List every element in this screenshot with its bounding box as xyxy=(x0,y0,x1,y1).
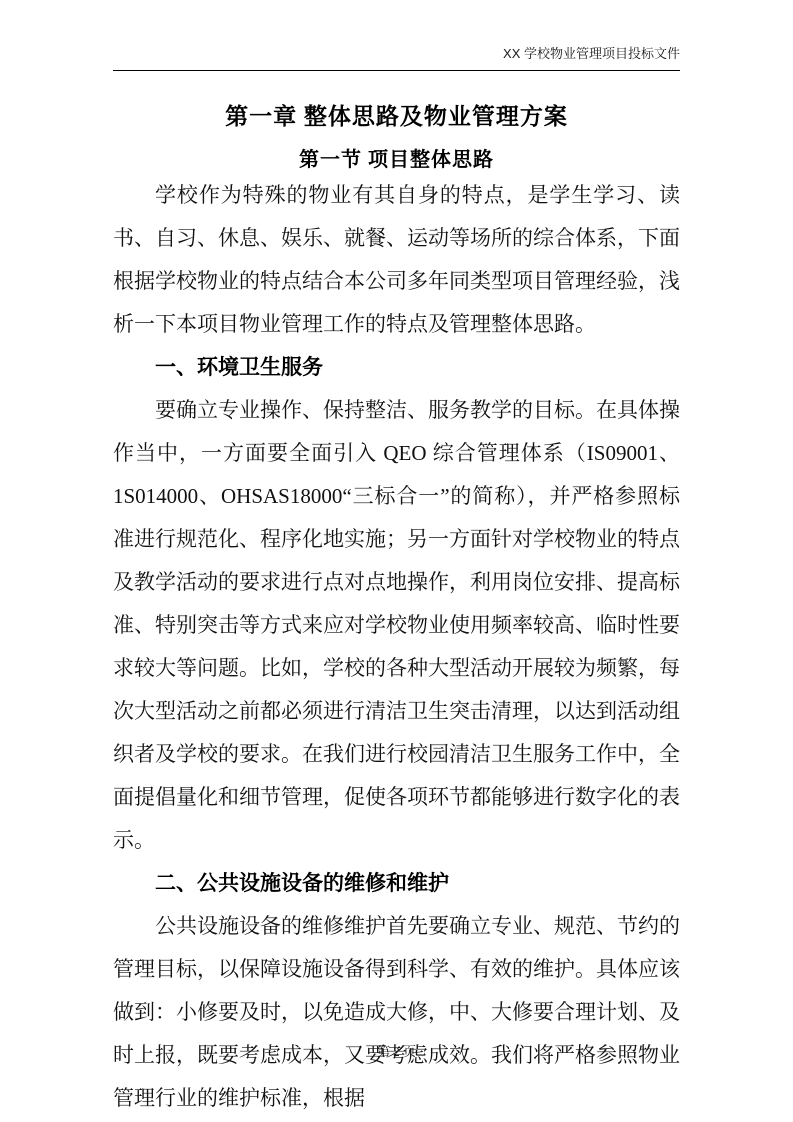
document-page: XX 学校物业管理项目投标文件 第一章 整体思路及物业管理方案 第一节 项目整体… xyxy=(0,0,793,1122)
paragraph-facilities-maintenance: 公共设施设备的维修维护首先要确立专业、规范、节约的管理目标，以保障设施设备得到科… xyxy=(113,905,680,1120)
chapter-title: 第一章 整体思路及物业管理方案 xyxy=(113,100,680,134)
header-title: XX 学校物业管理项目投标文件 xyxy=(113,46,680,62)
heading-facilities-maintenance: 二、公共设施设备的维修和维护 xyxy=(113,862,680,905)
page-header: XX 学校物业管理项目投标文件 xyxy=(113,46,680,71)
paragraph-intro: 学校作为特殊的物业有其自身的特点，是学生学习、读书、自习、休息、娱乐、就餐、运动… xyxy=(113,174,680,346)
paragraph-environment-services: 要确立专业操作、保持整洁、服务教学的目标。在具体操作当中，一方面要全面引入 QE… xyxy=(113,389,680,862)
page-footer: 第 2 页 xyxy=(0,1041,793,1060)
page-number: 第 2 页 xyxy=(377,1044,416,1059)
section-title: 第一节 项目整体思路 xyxy=(113,146,680,174)
heading-environment-services: 一、环境卫生服务 xyxy=(113,346,680,389)
header-rule xyxy=(113,70,680,71)
document-body: 第一章 整体思路及物业管理方案 第一节 项目整体思路 学校作为特殊的物业有其自身… xyxy=(113,82,680,1120)
